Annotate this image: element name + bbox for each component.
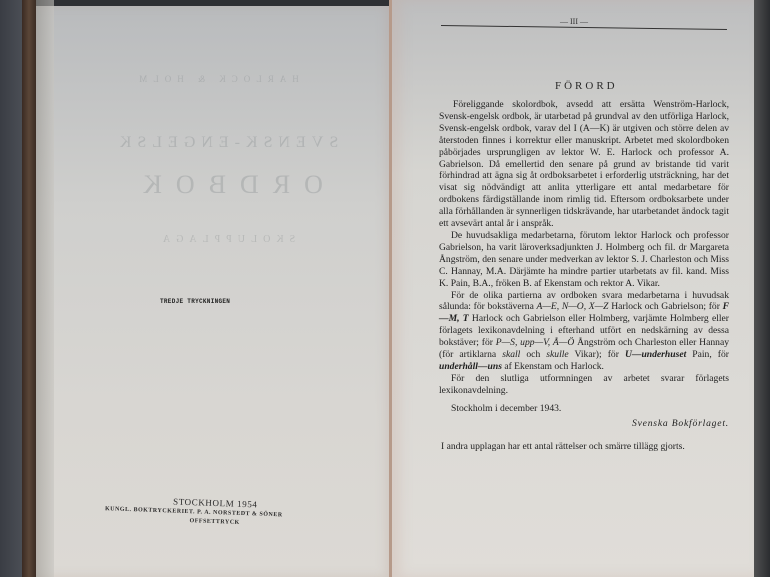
- bleed-through-author: HARLOCK & HOLM: [126, 74, 306, 84]
- publisher-signature: Svenska Bokförlaget.: [439, 418, 729, 430]
- foreword-body: Föreliggande skolordbok, avsedd att ersä…: [439, 99, 729, 453]
- bleed-through-subtitle: SKOLUPPLAGA: [126, 234, 326, 245]
- left-page-edges: [36, 0, 54, 577]
- paragraph: Föreliggande skolordbok, avsedd att ersä…: [439, 99, 729, 230]
- place-date: Stockholm i december 1943.: [439, 403, 729, 415]
- edition-note: TREDJE TRYCKNINGEN: [160, 298, 260, 305]
- page-number: — III —: [560, 17, 588, 26]
- bleed-through-title: SVENSK-ENGELSK: [86, 134, 366, 152]
- page-title: FÖRORD: [555, 80, 618, 92]
- background-right: [752, 0, 770, 577]
- left-page: HARLOCK & HOLM SVENSK-ENGELSK ORDBOK SKO…: [36, 6, 392, 577]
- paragraph: De huvudsakliga medarbetarna, förutom le…: [439, 230, 729, 290]
- paragraph: För den slutliga utformningen av arbetet…: [439, 373, 729, 397]
- bleed-through-ordbok: ORDBOK: [116, 170, 336, 200]
- paragraph-allocation: För de olika partierna av ordboken svara…: [439, 290, 729, 373]
- book-cover-edge: [22, 0, 36, 577]
- edition-note-right: I andra upplagan har ett antal rättelser…: [439, 441, 729, 453]
